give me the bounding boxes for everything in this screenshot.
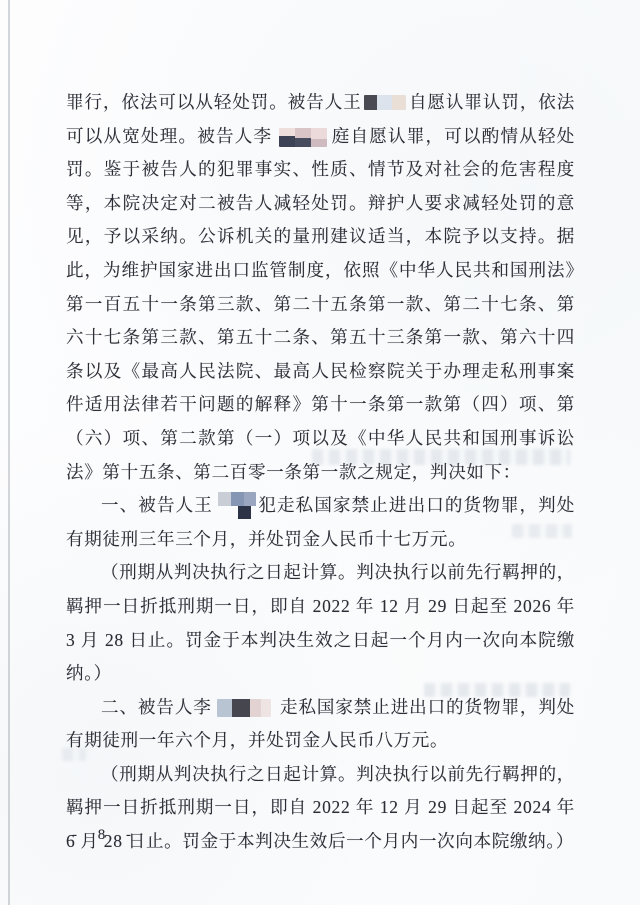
redaction-mosaic — [279, 128, 327, 147]
ghost-text-smudge — [62, 748, 86, 761]
judgment-body: 罪行，依法可以从轻处罚。被告人王自愿认罪认罚，依法可以从宽处理。被告人李庭自愿认… — [66, 86, 575, 859]
scanned-judgment-page: 罪行，依法可以从轻处罚。被告人王自愿认罪认罚，依法可以从宽处理。被告人李庭自愿认… — [0, 0, 640, 905]
body-text: 二、被告人李 — [101, 697, 212, 717]
paragraph-verdict-item-2: 二、被告人李走私国家禁止进出口的货物罪，判处有期徒刑一年六个月，并处罚金人民币八… — [66, 691, 575, 758]
redaction-mosaic — [218, 492, 256, 520]
paragraph-term-note-2: （刑期从判决执行之日起计算。判决执行以前先行羁押的，羁押一日折抵刑期一日，即自 … — [66, 758, 575, 859]
body-text: （刑期从判决执行之日起计算。判决执行以前先行羁押的，羁押一日折抵刑期一日，即自 … — [66, 764, 575, 851]
scan-edge-line — [8, 0, 10, 905]
redaction-mosaic — [217, 699, 271, 717]
page-number: - 8 - — [72, 827, 136, 844]
ghost-text-smudge — [312, 449, 570, 465]
ghost-text-smudge — [424, 683, 570, 697]
body-text: （刑期从判决执行之日起计算。判决执行以前先行羁押的，羁押一日折抵刑期一日，即自 … — [66, 562, 575, 683]
body-text: 一、被告人王 — [101, 495, 213, 515]
paragraph-verdict-item-1: 一、被告人王犯走私国家禁止进出口的货物罪，判处有期徒刑三年三个月，并处罚金人民币… — [66, 489, 575, 556]
paragraph-term-note-1: （刑期从判决执行之日起计算。判决执行以前先行羁押的，羁押一日折抵刑期一日，即自 … — [66, 556, 575, 690]
paragraph-reasoning: 罪行，依法可以从轻处罚。被告人王自愿认罪认罚，依法可以从宽处理。被告人李庭自愿认… — [66, 86, 575, 489]
body-text: 罪行，依法可以从轻处罚。被告人王 — [66, 92, 362, 112]
body-text: 庭自愿认罪，可以酌情从轻处罚。鉴于被告人的犯罪事实、性质、情节及对社会的危害程度… — [66, 126, 575, 482]
redaction-mosaic — [364, 95, 406, 110]
ghost-text-smudge — [512, 524, 572, 538]
